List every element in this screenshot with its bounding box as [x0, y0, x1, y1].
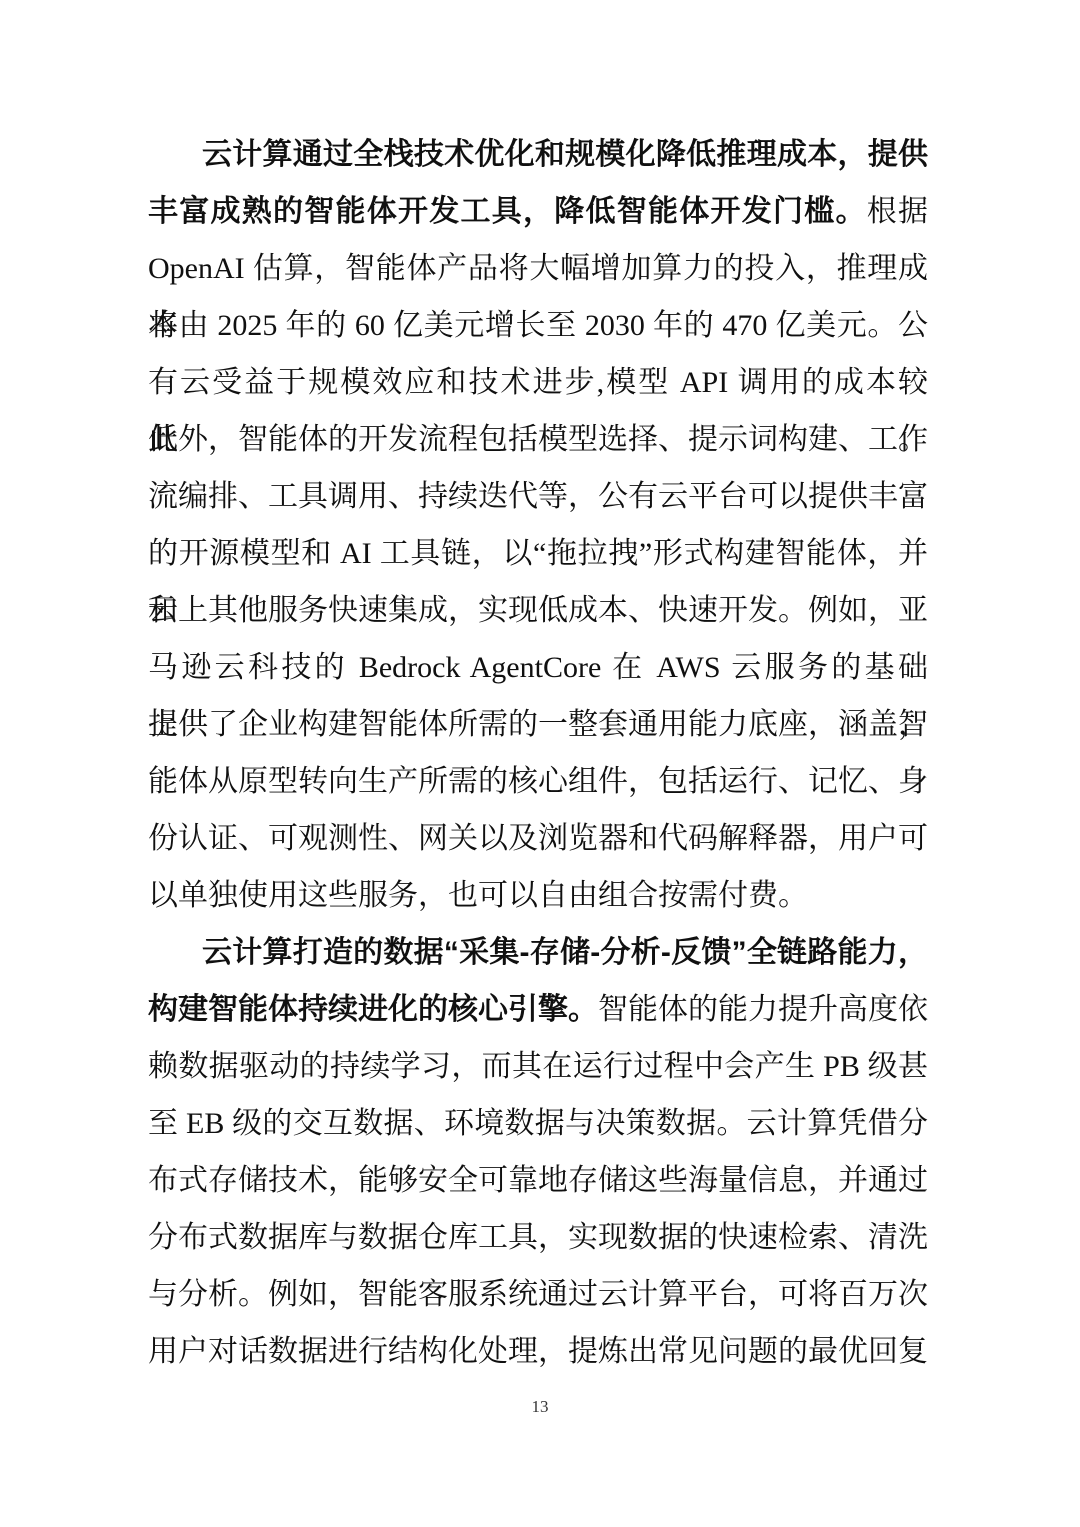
text-segment-bold: 丰富成熟的智能体开发工具，降低智能体开发门槛。: [148, 195, 867, 228]
text-line: 流编排、工具调用、持续迭代等，公有云平台可以提供丰富: [148, 468, 928, 525]
page-number: 13: [532, 1397, 549, 1416]
text-line: 以单独使用这些服务，也可以自由组合按需付费。: [148, 867, 928, 924]
text-segment: 提供了企业构建智能体所需的一整套通用能力底座，涵盖智: [148, 708, 928, 741]
text-segment: 流编排、工具调用、持续迭代等，公有云平台可以提供丰富: [148, 480, 928, 513]
page-footer: 13: [0, 1392, 1080, 1422]
text-segment: 根据: [867, 195, 928, 228]
text-line: 布式存储技术，能够安全可靠地存储这些海量信息，并通过: [148, 1152, 928, 1209]
text-segment: 云上其他服务快速集成，实现低成本、快速开发。例如，亚: [148, 594, 928, 627]
text-line: 的开源模型和 AI 工具链，以“拖拉拽”形式构建智能体，并和: [148, 525, 928, 582]
text-line: 用户对话数据进行结构化处理，提炼出常见问题的最优回复: [148, 1323, 928, 1380]
paragraph: 云计算通过全栈技术优化和规模化降低推理成本，提供丰富成熟的智能体开发工具，降低智…: [148, 126, 928, 924]
text-segment-bold: 云计算打造的数据“采集-存储-分析-反馈”全链路能力，: [202, 936, 928, 969]
text-line: 分布式数据库与数据仓库工具，实现数据的快速检索、清洗: [148, 1209, 928, 1266]
text-line: 构建智能体持续进化的核心引擎。智能体的能力提升高度依: [148, 981, 928, 1038]
text-segment: 至 EB 级的交互数据、环境数据与决策数据。云计算凭借分: [148, 1107, 928, 1140]
text-content: 云计算通过全栈技术优化和规模化降低推理成本，提供丰富成熟的智能体开发工具，降低智…: [148, 126, 928, 1380]
text-segment: 智能体的能力提升高度依: [598, 993, 928, 1026]
text-segment: 布式存储技术，能够安全可靠地存储这些海量信息，并通过: [148, 1164, 928, 1197]
text-line: 份认证、可观测性、网关以及浏览器和代码解释器，用户可: [148, 810, 928, 867]
text-line: 丰富成熟的智能体开发工具，降低智能体开发门槛。根据: [148, 183, 928, 240]
text-segment: 用户对话数据进行结构化处理，提炼出常见问题的最优回复: [148, 1335, 928, 1368]
text-line: 有云受益于规模效应和技术进步,模型 API 调用的成本较低。: [148, 354, 928, 411]
text-segment: 份认证、可观测性、网关以及浏览器和代码解释器，用户可: [148, 822, 928, 855]
text-line: 云计算通过全栈技术优化和规模化降低推理成本，提供: [148, 126, 928, 183]
text-line: 此外，智能体的开发流程包括模型选择、提示词构建、工作: [148, 411, 928, 468]
text-segment: 此外，智能体的开发流程包括模型选择、提示词构建、工作: [148, 423, 928, 456]
text-line: 云上其他服务快速集成，实现低成本、快速开发。例如，亚: [148, 582, 928, 639]
text-segment: 将由 2025 年的 60 亿美元增长至 2030 年的 470 亿美元。公: [148, 309, 928, 342]
text-line: 提供了企业构建智能体所需的一整套通用能力底座，涵盖智: [148, 696, 928, 753]
text-segment-bold: 构建智能体持续进化的核心引擎。: [148, 993, 598, 1026]
document-page: 云计算通过全栈技术优化和规模化降低推理成本，提供丰富成熟的智能体开发工具，降低智…: [0, 0, 1080, 1527]
text-segment: 能体从原型转向生产所需的核心组件，包括运行、记忆、身: [148, 765, 928, 798]
text-line: 与分析。例如，智能客服系统通过云计算平台，可将百万次: [148, 1266, 928, 1323]
text-line: 能体从原型转向生产所需的核心组件，包括运行、记忆、身: [148, 753, 928, 810]
text-segment: 赖数据驱动的持续学习，而其在运行过程中会产生 PB 级甚: [148, 1050, 928, 1083]
text-line: 赖数据驱动的持续学习，而其在运行过程中会产生 PB 级甚: [148, 1038, 928, 1095]
text-line: 马逊云科技的 Bedrock AgentCore 在 AWS 云服务的基础上，: [148, 639, 928, 696]
text-line: OpenAI 估算，智能体产品将大幅增加算力的投入，推理成本: [148, 240, 928, 297]
paragraph: 云计算打造的数据“采集-存储-分析-反馈”全链路能力，构建智能体持续进化的核心引…: [148, 924, 928, 1380]
text-segment: 与分析。例如，智能客服系统通过云计算平台，可将百万次: [148, 1278, 928, 1311]
text-line: 将由 2025 年的 60 亿美元增长至 2030 年的 470 亿美元。公: [148, 297, 928, 354]
text-line: 云计算打造的数据“采集-存储-分析-反馈”全链路能力，: [148, 924, 928, 981]
text-segment-bold: 云计算通过全栈技术优化和规模化降低推理成本，提供: [202, 138, 928, 171]
text-segment: 以单独使用这些服务，也可以自由组合按需付费。: [148, 879, 808, 912]
text-line: 至 EB 级的交互数据、环境数据与决策数据。云计算凭借分: [148, 1095, 928, 1152]
text-segment: 分布式数据库与数据仓库工具，实现数据的快速检索、清洗: [148, 1221, 928, 1254]
